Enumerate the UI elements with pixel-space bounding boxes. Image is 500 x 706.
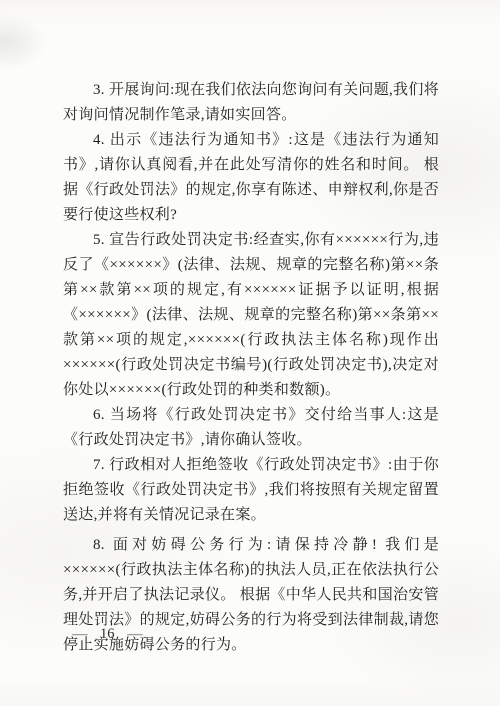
paragraph-step-4: 4. 出示《违法行为通知书》:这是《违法行为通知书》,请你认真阅看,并在此处写清… (63, 128, 439, 228)
paragraph-step-7: 7. 行政相对人拒绝签收《行政处罚决定书》:由于你拒绝签收《行政处罚决定书》,我… (63, 453, 439, 528)
footer-dash-left: — (72, 627, 87, 643)
paragraph-step-5: 5. 宣告行政处罚决定书:经查实,你有××××××行为,违反了《××××××》(… (63, 228, 439, 403)
paragraph-step-6: 6. 当场将《行政处罚决定书》交付给当事人:这是《行政处罚决定书》,请你确认签收… (63, 403, 439, 453)
scanned-document-page: 3. 开展询问:现在我们依法向您询问有关问题,我们将对询问情况制作笔录,请如实回… (0, 0, 500, 706)
document-body: 3. 开展询问:现在我们依法向您询问有关问题,我们将对询问情况制作笔录,请如实回… (63, 78, 439, 658)
page-number: 16 (100, 626, 115, 643)
page-footer: — 16 — (73, 626, 142, 643)
footer-dash-right: — (127, 627, 142, 643)
paragraph-step-3: 3. 开展询问:现在我们依法向您询问有关问题,我们将对询问情况制作笔录,请如实回… (63, 78, 439, 128)
